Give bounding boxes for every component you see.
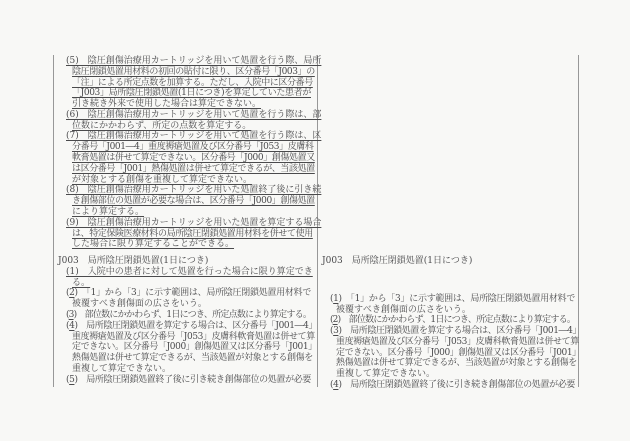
document-page: (5) 陰圧創傷治療用カートリッジを用いて処置を行う際、局所陰圧閉鎖処置用材料の… [0, 0, 630, 441]
text-segment: 熱傷処置は併せて算定できるが、当該処置が対象とする創傷を [72, 353, 313, 363]
text-line: (7) 陰圧創傷治療用カートリッジを用いて処置を行う際は、区 [58, 131, 311, 142]
underlined-revision-text: 位数にかかわらず、所定の点数を算定する。 [72, 121, 251, 131]
text-line: (2) 部位数にかかわらず、1日につき、所定点数により算定する。 [322, 315, 575, 326]
text-segment: ) 「1」から「3」に示す範囲は、局所陰圧閉鎖処置用材料で [338, 294, 575, 304]
underlined-revision-text: した場合に限り算定することができる。 [72, 239, 234, 249]
text-line: 重度褥瘡処置及び区分番号「J053」皮膚科軟膏処置は併せて算 [58, 332, 311, 343]
underlined-revision-text: 陰圧閉鎖処置用材料の初回の貼付に限り、区分番号「J003」の [72, 67, 315, 77]
text-line: 引き続き外来で使用した場合は算定できない。 [58, 99, 311, 110]
text-line: 重複して算定できない。 [322, 369, 575, 380]
text-segment: 被覆すべき創傷面の広さをいう。 [336, 305, 471, 315]
text-line: き創傷部位の処置が必要な場合は、区分番号「J000」創傷処置 [58, 196, 311, 207]
underlined-revision-text: (9) 陰圧創傷治療用カートリッジを用いた処置を算定する場合 [66, 218, 321, 228]
text-line: 熱傷処置は併せて算定できるが、当該処置が対象とする創傷を [58, 353, 311, 364]
text-line: 陰圧閉鎖処置用材料の初回の貼付に限り、区分番号「J003」の [58, 67, 311, 78]
text-segment: 熱傷処置は併せて算定できるが、当該処置が対象とする創傷を [336, 358, 577, 368]
text-segment: ) 局所陰圧閉鎖処置を算定する場合は、区分番号「J001―4」 [74, 321, 317, 331]
text-line: (3) 部位数にかかわらず、1日につき、所定点数により算定する。 [58, 310, 311, 321]
text-segment: ) 局所陰圧閉鎖処置終了後に引き続き創傷部位の処置が必要 [338, 380, 575, 390]
text-line: る。 [58, 278, 311, 289]
text-line: 被覆すべき創傷面の広さをいう。 [58, 299, 311, 310]
text-line: した場合に限り算定することができる。 [58, 239, 311, 250]
underlined-revision-text: により算定する。 [72, 207, 144, 217]
text-segment: ) 局所陰圧閉鎖処置を算定する場合は、区分番号「J001―4」 [338, 326, 581, 336]
section-heading: J003 局所陰圧閉鎖処置(1日につき) [58, 256, 311, 267]
text-line: は、特定保険医療材料の局所陰圧閉鎖処置用材料を併せて使用 [58, 229, 311, 240]
text-segment: ) 部位数にかかわらず、1日につき、所定点数により算定する。 [74, 310, 311, 320]
text-segment: 定できない。区分番号「J000」創傷処置又は区分番号「J001」 [336, 348, 581, 358]
text-line: 「注」による所定点数を加算する。ただし、入院中に区分番号 [58, 78, 311, 89]
text-line: (5) 局所陰圧閉鎖処置終了後に引き続き創傷部位の処置が必要 [58, 375, 311, 386]
text-line: 分番号「J001―4」重度褥瘡処置及び区分番号「J053」皮膚科 [58, 142, 311, 153]
text-line: 重度褥瘡処置及び区分番号「J053」皮膚科軟膏処置は併せて算 [322, 337, 575, 348]
underlined-revision-text: 「注」による所定点数を加算する。ただし、入院中に区分番号 [72, 78, 313, 88]
underlined-revision-text: (1) 入院中の患者に対して処置を行った場合に限り算定でき [66, 267, 313, 277]
right-column: J003 局所陰圧閉鎖処置(1日につき)(1) 「1」から「3」に示す範囲は、局… [322, 256, 575, 391]
underlined-revision-text: は、特定保険医療材料の局所陰圧閉鎖処置用材料を併せて使用 [72, 229, 313, 239]
text-segment: 定できない。区分番号「J000」創傷処置又は区分番号「J001」 [72, 342, 317, 352]
text-segment: 重複して算定できない。 [336, 369, 435, 379]
blank-gap [322, 267, 575, 294]
text-line: (6) 陰圧創傷治療用カートリッジを用いて処置を行う際は、部 [58, 110, 311, 121]
underlined-revision-text: (5) 陰圧創傷治療用カートリッジを用いて処置を行う際、局所 [66, 56, 321, 66]
text-line: (4) 局所陰圧閉鎖処置を算定する場合は、区分番号「J001―4」 [58, 321, 311, 332]
underlined-revision-text: る。 [72, 278, 90, 288]
text-segment: 重度褥瘡処置及び区分番号「J053」皮膚科軟膏処置は併せて算 [336, 337, 579, 347]
underlined-revision-text: (6) 陰圧創傷治療用カートリッジを用いて処置を行う際は、部 [66, 110, 321, 120]
text-segment: ) 「1」から「3」に示す範囲は、局所陰圧閉鎖処置用材料で [74, 288, 311, 298]
text-line: 重複して算定できない。 [58, 364, 311, 375]
text-segment: ) 局所陰圧閉鎖処置終了後に引き続き創傷部位の処置が必要 [74, 375, 311, 385]
table-border-left [53, 55, 54, 387]
text-segment: ) 部位数にかかわらず、1日につき、所定点数により算定する。 [338, 315, 575, 325]
text-line: により算定する。 [58, 207, 311, 218]
text-segment: J003 局所陰圧閉鎖処置(1日につき) [322, 256, 472, 266]
text-segment: 被覆すべき創傷面の広さをいう。 [72, 299, 207, 309]
underlined-revision-text: (7) 陰圧創傷治療用カートリッジを用いて処置を行う際は、区 [66, 131, 321, 141]
underlined-revision-text: (8) 陰圧創傷治療用カートリッジを用いた処置終了後に引き続 [66, 185, 321, 195]
underlined-revision-text: 「J003」局所陰圧閉鎖処置(1日につき)を算定していた患者が [72, 88, 311, 98]
text-line: 被覆すべき創傷面の広さをいう。 [322, 305, 575, 316]
text-segment: 重度褥瘡処置及び区分番号「J053」皮膚科軟膏処置は併せて算 [72, 332, 315, 342]
text-line: 「J003」局所陰圧閉鎖処置(1日につき)を算定していた患者が [58, 88, 311, 99]
text-segment: 重複して算定できない。 [72, 364, 171, 374]
section-heading: J003 局所陰圧閉鎖処置(1日につき) [322, 256, 575, 267]
text-line: 定できない。区分番号「J000」創傷処置又は区分番号「J001」 [58, 342, 311, 353]
text-line: (2) 「1」から「3」に示す範囲は、局所陰圧閉鎖処置用材料で [58, 288, 311, 299]
underlined-revision-text: き創傷部位の処置が必要な場合は、区分番号「J000」創傷処置 [72, 196, 315, 206]
underlined-revision-text: 分番号「J001―4」重度褥瘡処置及び区分番号「J053」皮膚科 [72, 142, 314, 152]
text-line: は区分番号「J001」熱傷処置は併せて算定できるが、当該処置 [58, 164, 311, 175]
underlined-revision-text: 軟膏処置は併せて算定できない。区分番号「J000」創傷処置又 [72, 153, 315, 163]
underlined-revision-text: が対象とする創傷を重複して算定できない。 [72, 175, 252, 185]
text-line: (8) 陰圧創傷治療用カートリッジを用いた処置終了後に引き続 [58, 185, 311, 196]
text-line: (3) 局所陰圧閉鎖処置を算定する場合は、区分番号「J001―4」 [322, 326, 575, 337]
text-line: (1) 入院中の患者に対して処置を行った場合に限り算定でき [58, 267, 311, 278]
text-line: (1) 「1」から「3」に示す範囲は、局所陰圧閉鎖処置用材料で [322, 294, 575, 305]
underlined-revision-text: 引き続き外来で使用した場合は算定できない。 [72, 99, 261, 109]
text-line: (4) 局所陰圧閉鎖処置終了後に引き続き創傷部位の処置が必要 [322, 380, 575, 391]
text-line: (5) 陰圧創傷治療用カートリッジを用いて処置を行う際、局所 [58, 56, 311, 67]
underlined-revision-text: は区分番号「J001」熱傷処置は併せて算定できるが、当該処置 [72, 164, 315, 174]
text-line: が対象とする創傷を重複して算定できない。 [58, 175, 311, 186]
left-column: (5) 陰圧創傷治療用カートリッジを用いて処置を行う際、局所陰圧閉鎖処置用材料の… [58, 56, 311, 385]
text-line: 軟膏処置は併せて算定できない。区分番号「J000」創傷処置又 [58, 153, 311, 164]
text-line: 位数にかかわらず、所定の点数を算定する。 [58, 121, 311, 132]
text-line: 熱傷処置は併せて算定できるが、当該処置が対象とする創傷を [322, 358, 575, 369]
text-line: (9) 陰圧創傷治療用カートリッジを用いた処置を算定する場合 [58, 218, 311, 229]
text-line: 定できない。区分番号「J000」創傷処置又は区分番号「J001」 [322, 348, 575, 359]
text-segment: J003 局所陰圧閉鎖処置(1日につき) [58, 256, 208, 266]
